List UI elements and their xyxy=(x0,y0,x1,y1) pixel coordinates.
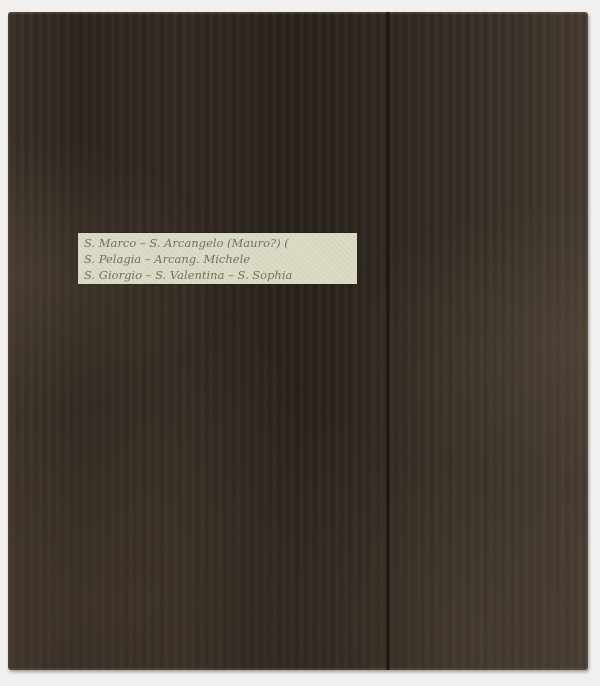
label-line-2: S. Pelagia – Arcang. Michele xyxy=(84,251,351,267)
board-seam xyxy=(386,12,390,670)
label-line-1: S. Marco – S. Arcangelo (Mauro?) ( xyxy=(84,235,351,251)
label-line-3: S. Giorgio – S. Valentina – S. Sophia xyxy=(84,267,351,283)
wooden-panel: S. Marco – S. Arcangelo (Mauro?) ( S. Pe… xyxy=(8,12,588,670)
paper-label: S. Marco – S. Arcangelo (Mauro?) ( S. Pe… xyxy=(78,233,357,284)
